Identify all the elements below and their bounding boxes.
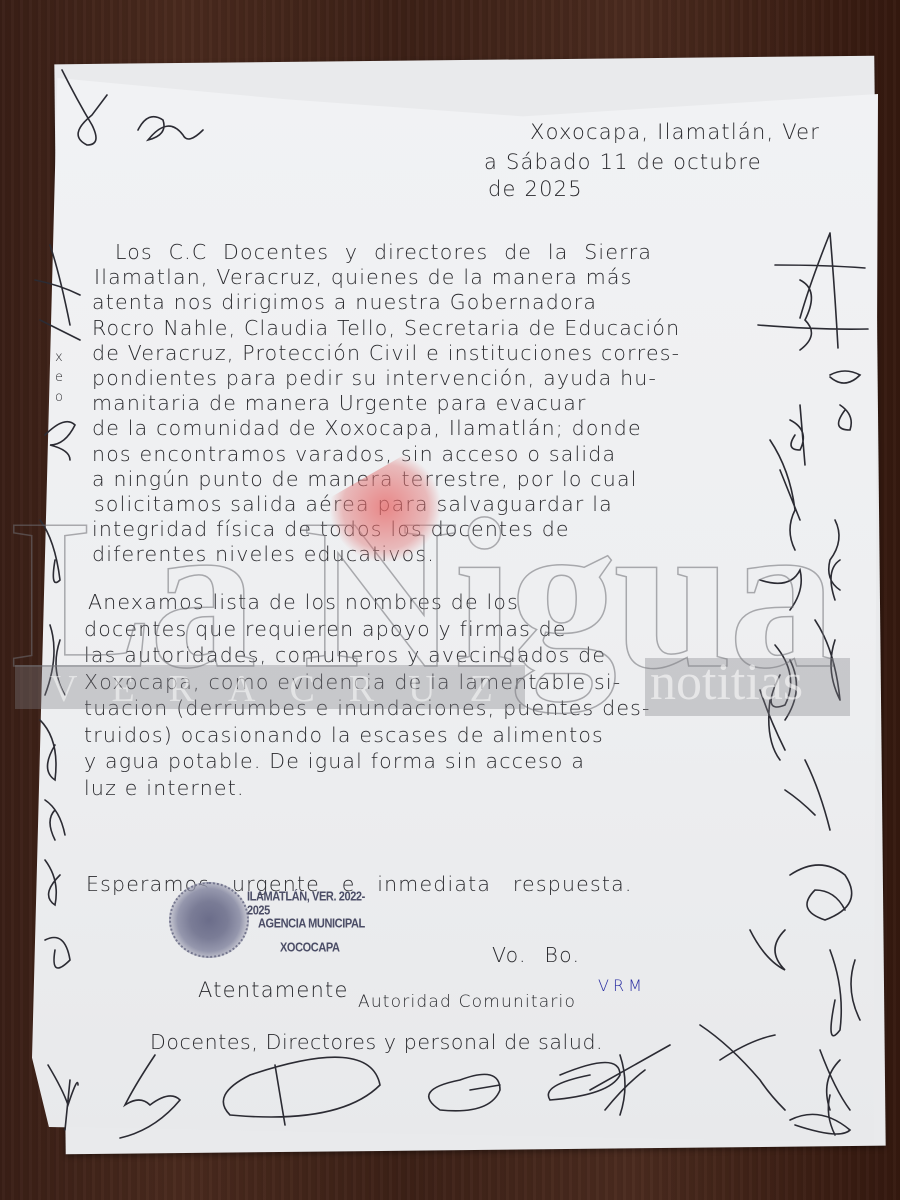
signature — [138, 117, 203, 140]
signatures-layer — [0, 0, 900, 1200]
signature — [62, 70, 107, 145]
